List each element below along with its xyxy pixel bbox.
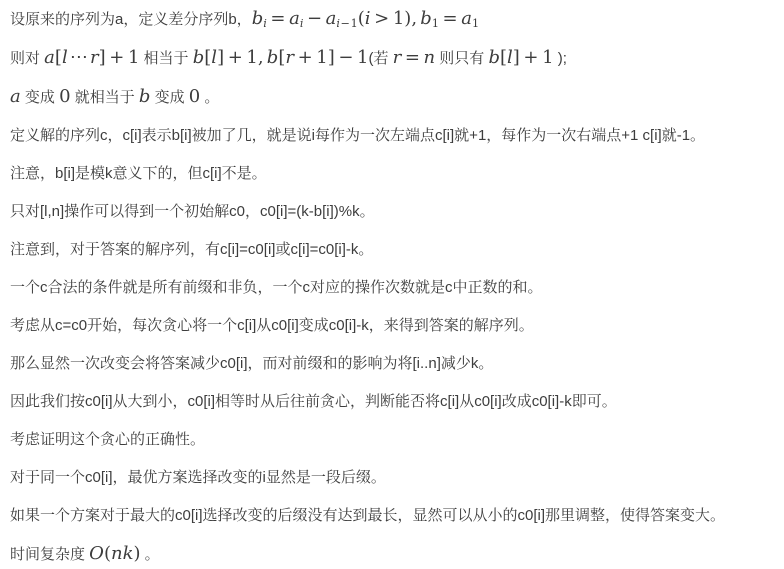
paragraph: a 变成 0 就相当于 b 变成 0 。 <box>10 84 778 111</box>
paragraph: 那么显然一次改变会将答案减少c0[i]，而对前缀和的影响为将[i..n]减少k。 <box>10 351 778 377</box>
paragraph: 考虑从c=c0开始，每次贪心将一个c[i]从c0[i]变成c0[i]-k，来得到… <box>10 313 778 339</box>
solution-document: 设原来的序列为a，定义差分序列b，bi=ai−ai−1(i>1),b1=a1则对… <box>0 0 784 568</box>
text-run: (若 <box>368 50 392 67</box>
text-run: 考虑证明这个贪心的正确性。 <box>10 431 205 448</box>
text-run: 变成 <box>21 89 59 106</box>
text-run: 考虑从c=c0开始，每次贪心将一个c[i]从c0[i]变成c0[i]-k，来得到… <box>10 317 534 334</box>
text-run: 。 <box>141 546 160 563</box>
paragraph: 注意到，对于答案的解序列，有c[i]=c0[i]或c[i]=c0[i]-k。 <box>10 237 778 263</box>
text-run: 一个c合法的条件就是所有前缀和非负，一个c对应的操作次数就是c中正数的和。 <box>10 279 543 296</box>
paragraph: 对于同一个c0[i]，最优方案选择改变的i显然是一段后缀。 <box>10 465 778 491</box>
text-run: 。 <box>200 89 219 106</box>
text-run: 则对 <box>10 50 44 67</box>
paragraph: 考虑证明这个贪心的正确性。 <box>10 427 778 453</box>
text-run: 变成 <box>150 89 188 106</box>
text-run: 时间复杂度 <box>10 546 89 563</box>
paragraph: 定义解的序列c，c[i]表示b[i]被加了几，就是说i每作为一次左端点c[i]就… <box>10 123 778 149</box>
paragraph: 时间复杂度 O(nk) 。 <box>10 541 778 568</box>
text-run: 对于同一个c0[i]，最优方案选择改变的i显然是一段后缀。 <box>10 469 386 486</box>
text-run: 注意到，对于答案的解序列，有c[i]=c0[i]或c[i]=c0[i]-k。 <box>10 241 373 258</box>
paragraph: 只对[l,n]操作可以得到一个初始解c0，c0[i]=(k-b[i])%k。 <box>10 199 778 225</box>
math-formula: b <box>139 86 151 107</box>
math-formula: b[l]+1,b[r+1]−1 <box>193 47 369 68</box>
math-formula: b[l]+1 <box>488 47 553 68</box>
paragraph: 设原来的序列为a，定义差分序列b，bi=ai−ai−1(i>1),b1=a1 <box>10 6 778 33</box>
math-formula: bi=ai−ai−1(i>1),b1=a1 <box>252 8 479 29</box>
text-run: 则只有 <box>435 50 488 67</box>
math-formula: a <box>10 86 21 107</box>
paragraph: 一个c合法的条件就是所有前缀和非负，一个c对应的操作次数就是c中正数的和。 <box>10 275 778 301</box>
text-run: 设原来的序列为a，定义差分序列b， <box>10 11 252 28</box>
text-run: 注意，b[i]是模k意义下的，但c[i]不是。 <box>10 165 267 182</box>
text-run: 那么显然一次改变会将答案减少c0[i]，而对前缀和的影响为将[i..n]减少k。 <box>10 355 493 372</box>
text-run: 如果一个方案对于最大的c0[i]选择改变的后缀没有达到最长，显然可以从小的c0[… <box>10 507 725 524</box>
text-run: 就相当于 <box>71 89 139 106</box>
math-formula: 0 <box>59 86 70 107</box>
paragraph: 注意，b[i]是模k意义下的，但c[i]不是。 <box>10 161 778 187</box>
paragraph: 则对 a[l⋯r]+1 相当于 b[l]+1,b[r+1]−1(若 r=n 则只… <box>10 45 778 72</box>
math-formula: O(nk) <box>89 543 140 564</box>
paragraph: 因此我们按c0[i]从大到小，c0[i]相等时从后往前贪心，判断能否将c[i]从… <box>10 389 778 415</box>
text-run: 只对[l,n]操作可以得到一个初始解c0，c0[i]=(k-b[i])%k。 <box>10 203 375 220</box>
text-run: 因此我们按c0[i]从大到小，c0[i]相等时从后往前贪心，判断能否将c[i]从… <box>10 393 617 410</box>
math-formula: 0 <box>189 86 200 107</box>
text-run: 相当于 <box>139 50 192 67</box>
math-formula: a[l⋯r]+1 <box>44 47 139 68</box>
text-run: 定义解的序列c，c[i]表示b[i]被加了几，就是说i每作为一次左端点c[i]就… <box>10 127 705 144</box>
math-formula: r=n <box>393 47 435 68</box>
text-run: ); <box>554 50 567 67</box>
paragraph: 如果一个方案对于最大的c0[i]选择改变的后缀没有达到最长，显然可以从小的c0[… <box>10 503 778 529</box>
page: { "page": { "background": "#ffffff", "te… <box>0 0 784 569</box>
